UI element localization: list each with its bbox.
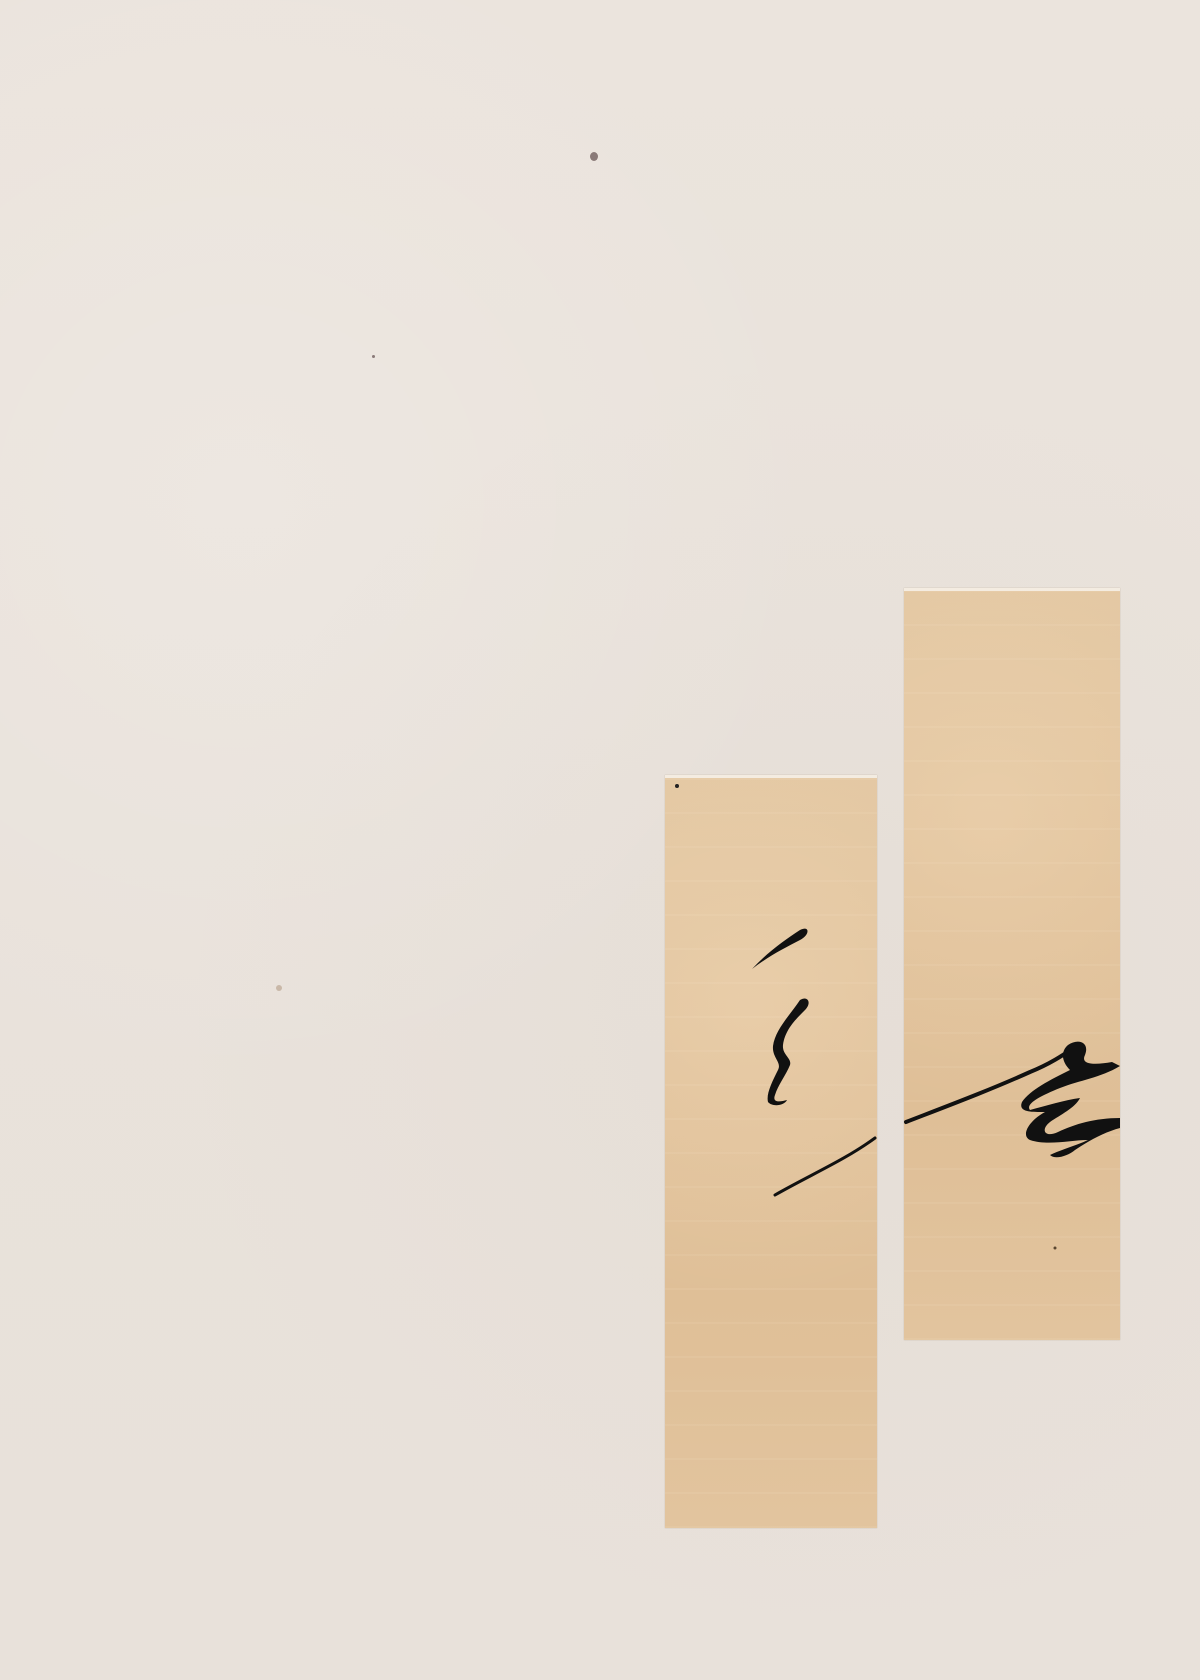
paper-speck bbox=[276, 985, 282, 991]
right-paper-strip bbox=[904, 588, 1120, 1340]
paper-speck bbox=[372, 355, 375, 358]
artwork-canvas bbox=[0, 0, 1200, 1680]
paper-speck bbox=[590, 152, 598, 161]
left-paper-strip bbox=[665, 775, 877, 1528]
